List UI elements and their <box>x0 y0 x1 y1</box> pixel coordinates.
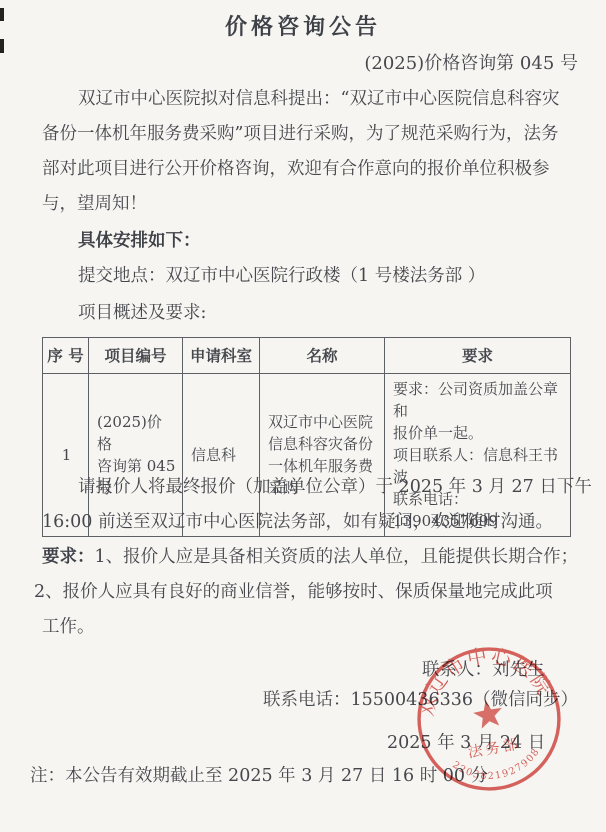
header-name: 名称 <box>260 338 385 374</box>
closing-line: 工作。 <box>42 610 572 645</box>
contact-person: 联系人：刘先生 <box>422 656 545 681</box>
intro-line: 部对此项目进行公开价格咨询，欢迎有合作意向的报价单位积极参 <box>42 152 572 187</box>
overview-heading: 项目概述及要求: <box>78 299 206 324</box>
requirements-text: 1、报价人应是具备相关资质的法人单位，且能提供长期合作； <box>95 547 579 567</box>
intro-line: 与，望周知！ <box>42 187 572 222</box>
header-seq: 序 号 <box>43 338 89 374</box>
closing-line: 请报价人将最终报价（加盖单位公章）于 2025 年 3 月 27 日下午 <box>42 470 572 505</box>
intro-line: 双辽市中心医院拟对信息科提出：“双辽市中心医院信息科容灾 <box>42 82 572 117</box>
header-department: 申请科室 <box>183 338 260 374</box>
intro-line: 备份一体机年服务费采购”项目进行采购，为了规范采购行为，法务 <box>42 117 572 152</box>
validity-note: 注：本公告有效期截止至 2025 年 3 月 27 日 16 时 00 分 <box>30 762 488 787</box>
requirements-label: 要求： <box>42 547 95 567</box>
arrangement-heading: 具体安排如下： <box>78 227 201 252</box>
issue-date: 2025 年 3 月 24 日 <box>387 729 545 754</box>
header-requirements: 要求 <box>385 338 571 374</box>
intro-paragraph: 双辽市中心医院拟对信息科提出：“双辽市中心医院信息科容灾 备份一体机年服务费采购… <box>42 82 572 222</box>
page-title: 价格咨询公告 <box>0 10 606 41</box>
closing-line: 要求：1、报价人应是具备相关资质的法人单位，且能提供长期合作； <box>42 540 572 575</box>
table-header-row: 序 号 项目编号 申请科室 名称 要求 <box>43 338 571 374</box>
closing-line: 2、报价人应具有良好的商业信誉，能够按时、保质保量地完成此项 <box>34 575 572 610</box>
contact-phone: 联系电话：15500436336（微信同步） <box>263 686 578 711</box>
closing-line: 16:00 前送至双辽市中心医院法务部，如有疑问，欢迎随时沟通。 <box>42 505 572 540</box>
header-project-no: 项目编号 <box>89 338 183 374</box>
submission-location: 提交地点：双辽市中心医院行政楼（1 号楼法务部 ） <box>78 262 485 287</box>
scanned-announcement-page: 价格咨询公告 (2025)价格咨询第 045 号 双辽市中心医院拟对信息科提出：… <box>0 0 606 832</box>
closing-paragraph: 请报价人将最终报价（加盖单位公章）于 2025 年 3 月 27 日下午 16:… <box>42 470 572 645</box>
doc-number: (2025)价格咨询第 045 号 <box>364 49 578 75</box>
scan-artifact <box>0 39 4 53</box>
